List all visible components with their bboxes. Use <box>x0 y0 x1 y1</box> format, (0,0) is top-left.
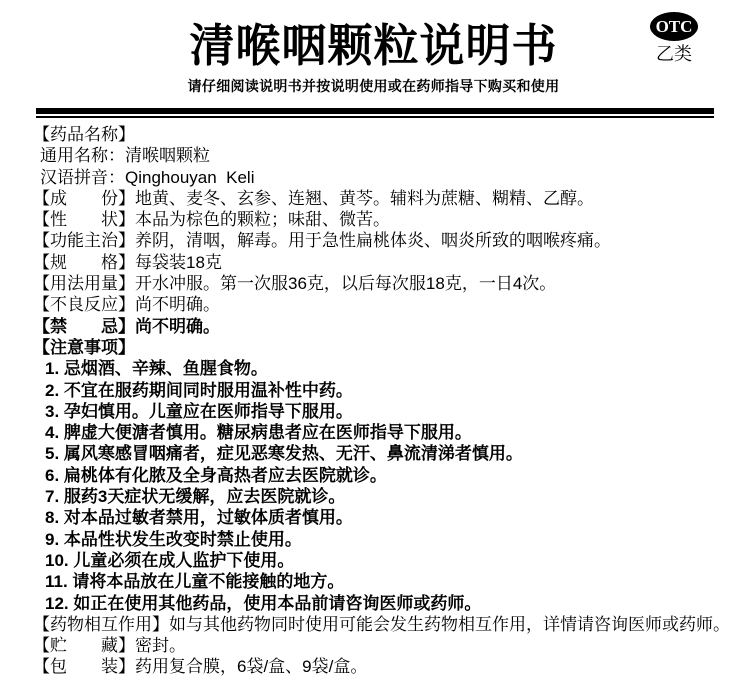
precaution-item-7: 7. 服药3天症状无缓解，应去医院就诊。 <box>33 486 743 507</box>
leaflet-header: 清喉咽颗粒说明书 请仔细阅读说明书并按说明使用或在药师指导下购买和使用 <box>0 0 747 95</box>
divider-thick-rule <box>36 108 714 114</box>
line-packaging: 【包 装】药用复合膜，6袋/盒、9袋/盒。 <box>33 656 743 677</box>
precaution-item-1: 1. 忌烟酒、辛辣、鱼腥食物。 <box>33 358 743 379</box>
header-divider <box>36 108 714 118</box>
leaflet-subtitle: 请仔细阅读说明书并按说明使用或在药师指导下购买和使用 <box>0 77 747 95</box>
line-drug-interactions: 【药物相互作用】如与其他药物同时使用可能会发生药物相互作用，详情请咨询医师或药师… <box>33 614 743 635</box>
line-drug-name-header: 【药品名称】 <box>33 124 743 145</box>
line-specification: 【规 格】每袋装18克 <box>33 252 743 273</box>
leaflet-body: 【药品名称】 通用名称：清喉咽颗粒 汉语拼音：Qinghouyan Keli 【… <box>0 118 747 678</box>
line-properties: 【性 状】本品为棕色的颗粒；味甜、微苦。 <box>33 209 743 230</box>
precaution-item-11: 11. 请将本品放在儿童不能接触的地方。 <box>33 571 743 592</box>
precaution-item-2: 2. 不宜在服药期间同时服用温补性中药。 <box>33 380 743 401</box>
line-ingredients: 【成 份】地黄、麦冬、玄参、连翘、黄芩。辅料为蔗糖、糊精、乙醇。 <box>33 188 743 209</box>
line-generic-name: 通用名称：清喉咽颗粒 <box>33 145 743 166</box>
otc-mark: OTC 乙类 <box>646 12 702 64</box>
precaution-item-3: 3. 孕妇慎用。儿童应在医师指导下服用。 <box>33 401 743 422</box>
precaution-item-6: 6. 扁桃体有化脓及全身高热者应去医院就诊。 <box>33 465 743 486</box>
line-dosage: 【用法用量】开水冲服。第一次服36克，以后每次服18克，一日4次。 <box>33 273 743 294</box>
otc-category-label: 乙类 <box>646 44 702 64</box>
line-functions: 【功能主治】养阴，清咽，解毒。用于急性扁桃体炎、咽炎所致的咽喉疼痛。 <box>33 230 743 251</box>
precaution-item-9: 9. 本品性状发生改变时禁止使用。 <box>33 529 743 550</box>
line-adverse-reactions: 【不良反应】尚不明确。 <box>33 294 743 315</box>
precaution-item-5: 5. 属风寒感冒咽痛者，症见恶寒发热、无汗、鼻流清涕者慎用。 <box>33 443 743 464</box>
leaflet-page: OTC 乙类 清喉咽颗粒说明书 请仔细阅读说明书并按说明使用或在药师指导下购买和… <box>0 0 747 681</box>
precaution-item-10: 10. 儿童必须在成人监护下使用。 <box>33 550 743 571</box>
precaution-item-4: 4. 脾虚大便溏者慎用。糖尿病患者应在医师指导下服用。 <box>33 422 743 443</box>
line-storage: 【贮 藏】密封。 <box>33 635 743 656</box>
precaution-item-8: 8. 对本品过敏者禁用，过敏体质者慎用。 <box>33 507 743 528</box>
leaflet-title: 清喉咽颗粒说明书 <box>0 20 747 72</box>
otc-badge: OTC <box>650 12 698 41</box>
line-pinyin: 汉语拼音：Qinghouyan Keli <box>33 167 743 188</box>
line-contraindications: 【禁 忌】尚不明确。 <box>33 316 743 337</box>
precaution-item-12: 12. 如正在使用其他药品，使用本品前请咨询医师或药师。 <box>33 593 743 614</box>
line-precautions-header: 【注意事项】 <box>33 337 743 358</box>
